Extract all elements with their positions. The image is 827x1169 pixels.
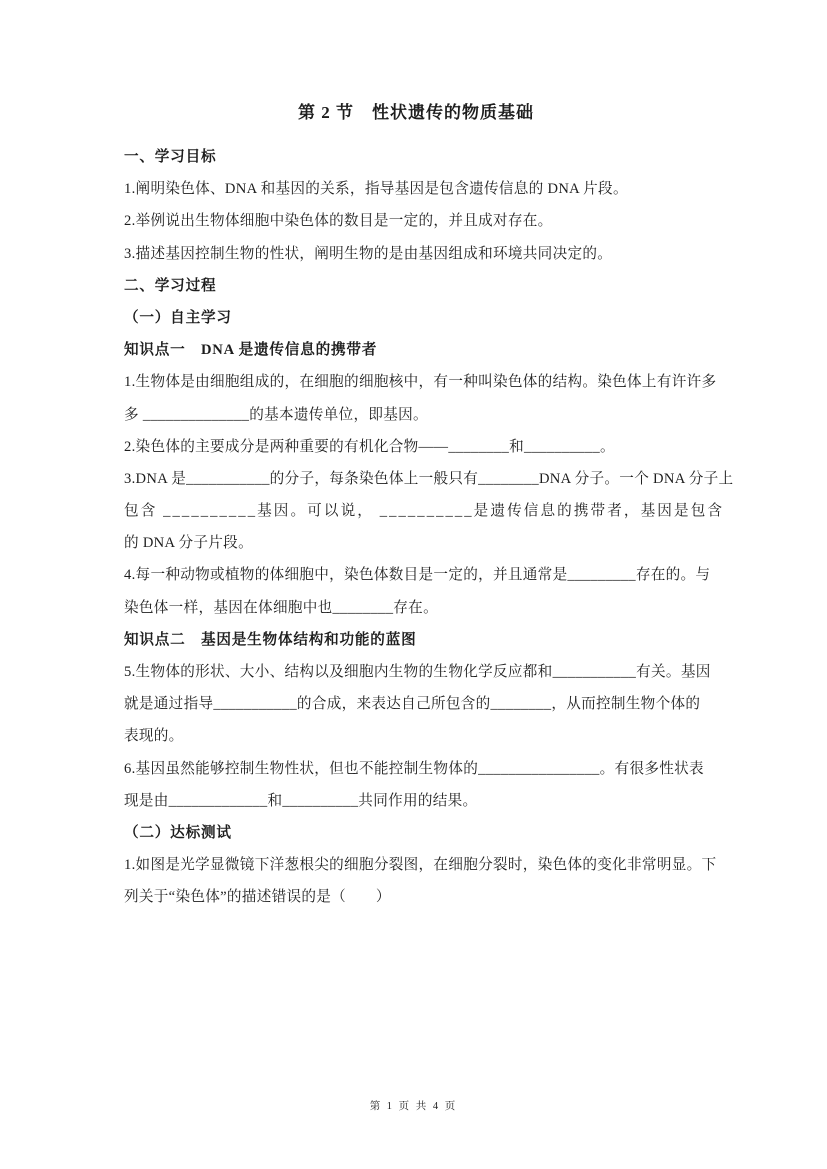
doc-text-line: 列关于“染色体”的描述错误的是（ ） xyxy=(124,881,708,913)
doc-heading-line: （一）自主学习 xyxy=(124,302,708,334)
doc-text-line: 表现的。 xyxy=(124,720,708,752)
doc-text-line: 的 DNA 分子片段。 xyxy=(124,527,708,559)
doc-heading-line: 知识点二 基因是生物体结构和功能的蓝图 xyxy=(124,624,708,656)
doc-text-line: 1.如图是光学显微镜下洋葱根尖的细胞分裂图，在细胞分裂时，染色体的变化非常明显。… xyxy=(124,849,708,881)
doc-text-line: 4.每一种动物或植物的体细胞中，染色体数目是一定的，并且通常是_________… xyxy=(124,559,708,591)
page-footer: 第 1 页 共 4 页 xyxy=(0,1098,827,1113)
doc-text-line: 就是通过指导___________的合成，来表达自己所包含的________，从… xyxy=(124,688,708,720)
document-content: 第 2 节 性状遗传的物质基础 一、学习目标1.阐明染色体、DNA 和基因的关系… xyxy=(124,99,708,914)
doc-heading-line: （二）达标测试 xyxy=(124,817,708,849)
doc-text-line: 6.基因虽然能够控制生物性状，但也不能控制生物体的_______________… xyxy=(124,753,708,785)
doc-text-line: 1.生物体是由细胞组成的，在细胞的细胞核中，有一种叫染色体的结构。染色体上有许许… xyxy=(124,366,708,398)
doc-lines: 一、学习目标1.阐明染色体、DNA 和基因的关系，指导基因是包含遗传信息的 DN… xyxy=(124,141,708,914)
doc-text-line: 1.阐明染色体、DNA 和基因的关系，指导基因是包含遗传信息的 DNA 片段。 xyxy=(124,173,708,205)
doc-text-line: 染色体一样，基因在体细胞中也________存在。 xyxy=(124,592,708,624)
doc-text-line: 3.描述基因控制生物的性状，阐明生物的是由基因组成和环境共同决定的。 xyxy=(124,238,708,270)
doc-text-line: 2.染色体的主要成分是两种重要的有机化合物——________和________… xyxy=(124,431,708,463)
doc-heading-line: 一、学习目标 xyxy=(124,141,708,173)
doc-text-line: 多 ______________的基本遗传单位，即基因。 xyxy=(124,399,708,431)
doc-text-line: 现是由_____________和__________共同作用的结果。 xyxy=(124,785,708,817)
doc-text-line: 5.生物体的形状、大小、结构以及细胞内生物的生物化学反应都和__________… xyxy=(124,656,708,688)
doc-text-line: 3.DNA 是___________的分子，每条染色体上一般只有________… xyxy=(124,463,708,495)
doc-heading-line: 知识点一 DNA 是遗传信息的携带者 xyxy=(124,334,708,366)
document-page: 第 2 节 性状遗传的物质基础 一、学习目标1.阐明染色体、DNA 和基因的关系… xyxy=(0,0,827,1169)
doc-text-line: 2.举例说出生物体细胞中染色体的数目是一定的，并且成对存在。 xyxy=(124,205,708,237)
page-title: 第 2 节 性状遗传的物质基础 xyxy=(124,99,708,141)
doc-text-line: 包含 __________基因。可以说， __________是遗传信息的携带者… xyxy=(124,495,708,527)
doc-heading-line: 二、学习过程 xyxy=(124,270,708,302)
